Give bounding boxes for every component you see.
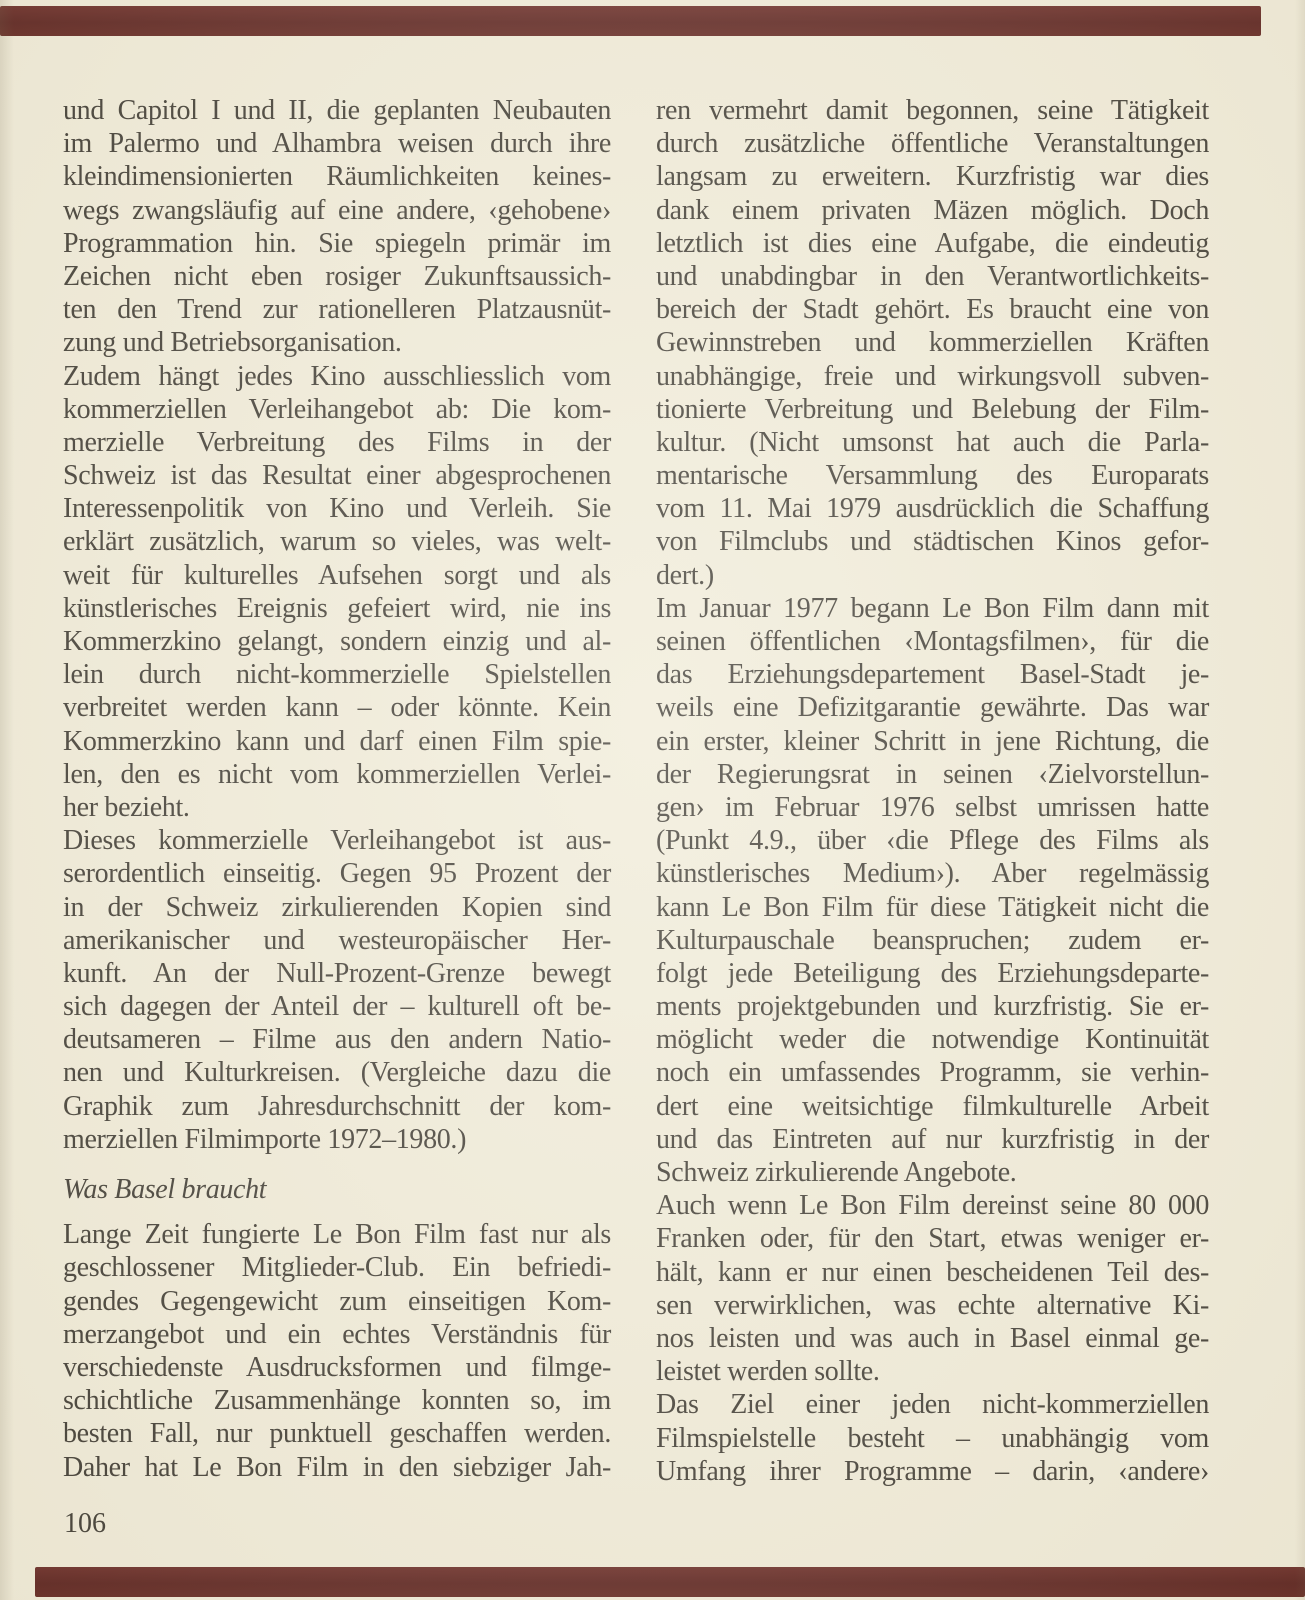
text-line: mentarische Versammlung des Europarats: [656, 459, 1209, 492]
text-line: weils eine Defizitgarantie gewährte. Das…: [656, 691, 1209, 724]
scanned-page: { "page": { "number": "106" }, "colors":…: [0, 0, 1305, 1600]
text-line: durch zusätzliche öffentliche Veranstalt…: [656, 127, 1209, 160]
text-line: kleindimensionierten Räumlichkeiten kein…: [63, 160, 611, 193]
scan-edge-bar-bottom: [35, 1567, 1305, 1597]
text-line: im Palermo und Alhambra weisen durch ihr…: [63, 127, 611, 160]
text-line: künstlerisches Ereignis gefeiert wird, n…: [63, 592, 611, 625]
text-line: Auch wenn Le Bon Film dereinst seine 80 …: [656, 1189, 1209, 1222]
column-heading: Was Basel braucht: [63, 1173, 611, 1206]
text-line: Filmspielstelle besteht – unabhängig vom: [656, 1422, 1209, 1455]
text-line: der Regierungsrat in seinen ‹Zielvorstel…: [656, 758, 1209, 791]
text-line: das Erziehungsdepartement Basel-Stadt je…: [656, 658, 1209, 691]
text-line: nen und Kulturkreisen. (Vergleiche dazu …: [63, 1056, 611, 1089]
text-line: Schweiz ist das Resultat einer abgesproc…: [63, 459, 611, 492]
text-line: noch ein umfassendes Programm, sie verhi…: [656, 1056, 1209, 1089]
text-line: Das Ziel einer jeden nicht-kommerziellen: [656, 1388, 1209, 1421]
text-line: sen verwirklichen, was echte alternative…: [656, 1289, 1209, 1322]
text-line: (Punkt 4.9., über ‹die Pflege des Films …: [656, 824, 1209, 857]
text-line: her bezieht.: [63, 791, 611, 824]
text-line: und Capitol I und II, die geplanten Neub…: [63, 94, 611, 127]
text-line: möglicht weder die notwendige Kontinuitä…: [656, 1023, 1209, 1056]
text-line: ren vermehrt damit begonnen, seine Tätig…: [656, 94, 1209, 127]
text-line: künstlerisches Medium›). Aber regelmässi…: [656, 857, 1209, 890]
text-line: kunft. An der Null-Prozent-Grenze bewegt: [63, 957, 611, 990]
text-line: ments projektgebunden und kurzfristig. S…: [656, 990, 1209, 1023]
text-line: bereich der Stadt gehört. Es braucht ein…: [656, 293, 1209, 326]
text-line: tionierte Verbreitung und Belebung der F…: [656, 393, 1209, 426]
paragraph: ren vermehrt damit begonnen, seine Tätig…: [656, 94, 1209, 592]
text-line: Kulturpauschale beanspruchen; zudem er-: [656, 924, 1209, 957]
text-line: deutsameren – Filme aus den andern Natio…: [63, 1023, 611, 1056]
text-line: kann Le Bon Film für diese Tätigkeit nic…: [656, 891, 1209, 924]
text-line: ein erster, kleiner Schritt in jene Rich…: [656, 725, 1209, 758]
scan-edge-bar-top: [0, 6, 1261, 36]
text-line: Dieses kommerzielle Verleihangebot ist a…: [63, 824, 611, 857]
text-line: und das Eintreten auf nur kurzfristig in…: [656, 1123, 1209, 1156]
text-line: dank einem privaten Mäzen möglich. Doch: [656, 194, 1209, 227]
text-line: Lange Zeit fungierte Le Bon Film fast nu…: [63, 1218, 611, 1251]
text-line: Umfang ihrer Programme – darin, ‹andere›: [656, 1455, 1209, 1488]
text-line: dert.): [656, 559, 1209, 592]
paragraph: Im Januar 1977 begann Le Bon Film dann m…: [656, 592, 1209, 1189]
text-line: wegs zwangsläufig auf eine andere, ‹geho…: [63, 194, 611, 227]
text-line: in der Schweiz zirkulierenden Kopien sin…: [63, 891, 611, 924]
text-line: weit für kulturelles Aufsehen sorgt und …: [63, 559, 611, 592]
text-column-left: und Capitol I und II, die geplanten Neub…: [63, 94, 611, 1484]
text-line: Programmation hin. Sie spiegeln primär i…: [63, 227, 611, 260]
text-line: ten den Trend zur rationelleren Platzaus…: [63, 293, 611, 326]
page-number: 106: [64, 1508, 106, 1540]
text-line: unabhängige, freie und wirkungsvoll subv…: [656, 360, 1209, 393]
paragraph: Zudem hängt jedes Kino ausschliesslich v…: [63, 360, 611, 825]
text-line: dert eine weitsichtige filmkulturelle Ar…: [656, 1090, 1209, 1123]
text-line: amerikanischer und westeuropäischer Her-: [63, 924, 611, 957]
text-line: Gewinnstreben und kommerziellen Kräften: [656, 326, 1209, 359]
text-line: merziellen Filmimporte 1972–1980.): [63, 1123, 611, 1156]
text-line: lein durch nicht-kommerzielle Spielstell…: [63, 658, 611, 691]
text-line: Graphik zum Jahresdurchschnitt der kom-: [63, 1090, 611, 1123]
text-line: Schweiz zirkulierende Angebote.: [656, 1156, 1209, 1189]
text-line: nos leisten und was auch in Basel einmal…: [656, 1322, 1209, 1355]
text-line: geschlossener Mitglieder-Club. Ein befri…: [63, 1251, 611, 1284]
text-line: gen› im Februar 1976 selbst umrissen hat…: [656, 791, 1209, 824]
text-line: Franken oder, für den Start, etwas wenig…: [656, 1222, 1209, 1255]
text-line: gendes Gegengewicht zum einseitigen Kom-: [63, 1285, 611, 1318]
text-line: letztlich ist dies eine Aufgabe, die ein…: [656, 227, 1209, 260]
text-line: len, den es nicht vom kommerziellen Verl…: [63, 758, 611, 791]
text-line: zung und Betriebsorganisation.: [63, 326, 611, 359]
text-line: erklärt zusätzlich, warum so vieles, was…: [63, 525, 611, 558]
text-line: sich dagegen der Anteil der – kulturell …: [63, 990, 611, 1023]
text-line: seinen öffentlichen ‹Montagsfilmen›, für…: [656, 625, 1209, 658]
text-line: Im Januar 1977 begann Le Bon Film dann m…: [656, 592, 1209, 625]
text-line: langsam zu erweitern. Kurzfristig war di…: [656, 160, 1209, 193]
text-line: leistet werden sollte.: [656, 1355, 1209, 1388]
text-line: serordentlich einseitig. Gegen 95 Prozen…: [63, 857, 611, 890]
text-line: Daher hat Le Bon Film in den siebziger J…: [63, 1451, 611, 1484]
text-line: verbreitet werden kann – oder könnte. Ke…: [63, 691, 611, 724]
paragraph: Dieses kommerzielle Verleihangebot ist a…: [63, 824, 611, 1156]
text-line: kommerziellen Verleihangebot ab: Die kom…: [63, 393, 611, 426]
text-line: besten Fall, nur punktuell geschaffen we…: [63, 1417, 611, 1450]
text-line: hält, kann er nur einen bescheidenen Tei…: [656, 1256, 1209, 1289]
text-line: vom 11. Mai 1979 ausdrücklich die Schaff…: [656, 492, 1209, 525]
text-line: von Filmclubs und städtischen Kinos gefo…: [656, 525, 1209, 558]
text-column-right: ren vermehrt damit begonnen, seine Tätig…: [656, 94, 1209, 1488]
paragraph: Das Ziel einer jeden nicht-kommerziellen…: [656, 1388, 1209, 1488]
text-line: Zeichen nicht eben rosiger Zukunftsaussi…: [63, 260, 611, 293]
text-line: Zudem hängt jedes Kino ausschliesslich v…: [63, 360, 611, 393]
text-line: Interessenpolitik von Kino und Verleih. …: [63, 492, 611, 525]
text-line: kultur. (Nicht umsonst hat auch die Parl…: [656, 426, 1209, 459]
text-line: folgt jede Beteiligung des Erziehungsdep…: [656, 957, 1209, 990]
text-line: Kommerzkino gelangt, sondern einzig und …: [63, 625, 611, 658]
text-line: merzangebot und ein echtes Verständnis f…: [63, 1318, 611, 1351]
text-line: schichtliche Zusammenhänge konnten so, i…: [63, 1384, 611, 1417]
paragraph: und Capitol I und II, die geplanten Neub…: [63, 94, 611, 360]
paragraph: Lange Zeit fungierte Le Bon Film fast nu…: [63, 1218, 611, 1484]
text-line: verschiedenste Ausdrucksformen und filmg…: [63, 1351, 611, 1384]
paragraph: Auch wenn Le Bon Film dereinst seine 80 …: [656, 1189, 1209, 1388]
text-line: und unabdingbar in den Verantwortlichkei…: [656, 260, 1209, 293]
text-line: merzielle Verbreitung des Films in der: [63, 426, 611, 459]
text-line: Kommerzkino kann und darf einen Film spi…: [63, 725, 611, 758]
